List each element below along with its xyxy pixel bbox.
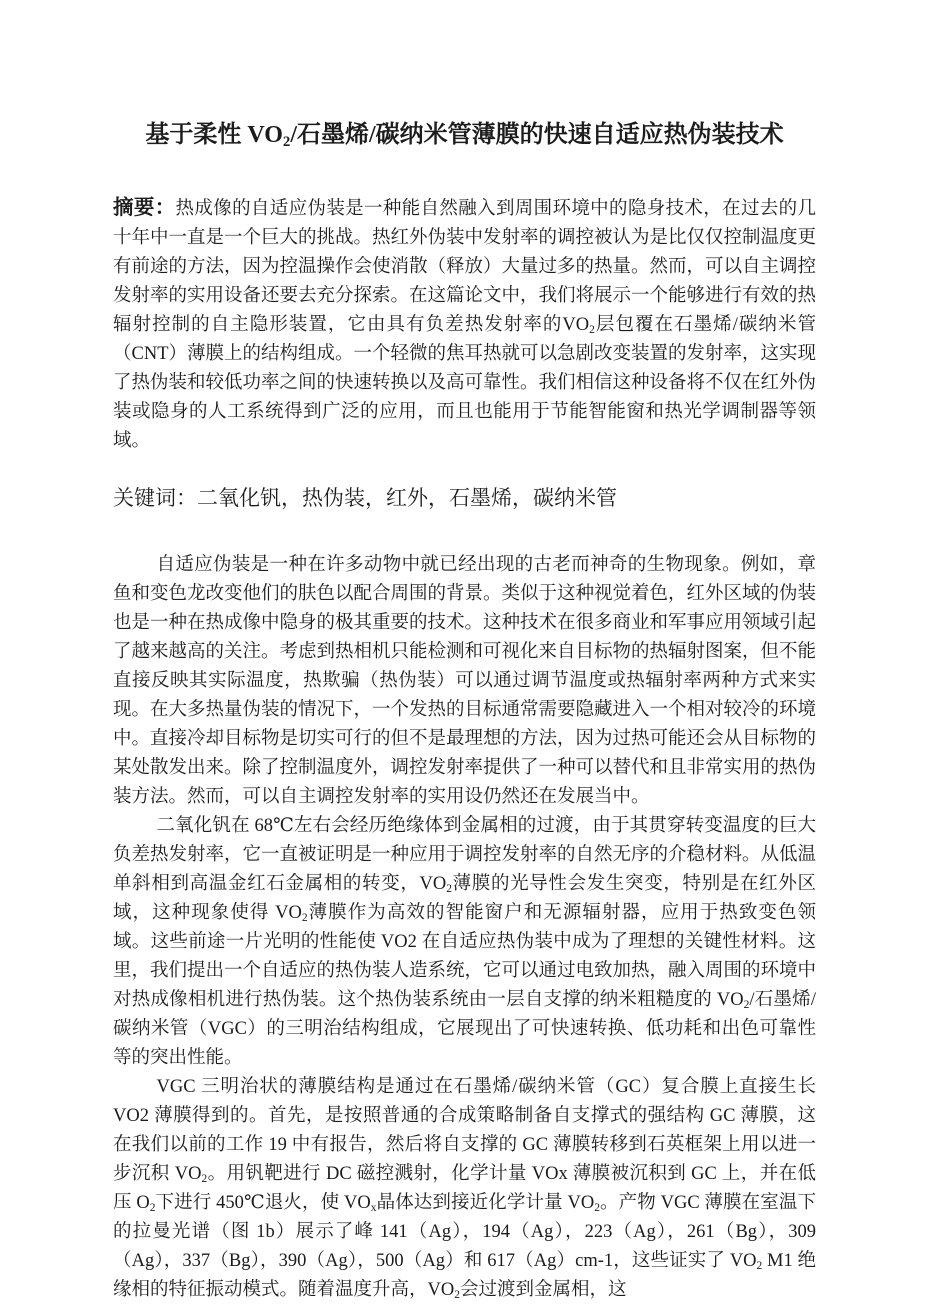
keywords-text: 二氧化钒，热伪装，红外，石墨烯，碳纳米管 bbox=[197, 486, 617, 510]
keywords-line: 关键词：二氧化钒，热伪装，红外，石墨烯，碳纳米管 bbox=[113, 483, 816, 514]
abstract-label: 摘要： bbox=[113, 197, 176, 219]
body-paragraph-1: 自适应伪装是一种在许多动物中就已经出现的古老而神奇的生物现象。例如，章鱼和变色龙… bbox=[113, 551, 816, 812]
keywords-label: 关键词： bbox=[113, 486, 197, 510]
paper-title: 基于柔性 VO2/石墨烯/碳纳米管薄膜的快速自适应热伪装技术 bbox=[113, 118, 816, 152]
abstract-paragraph: 摘要：热成像的自适应伪装是一种能自然融入到周围环境中的隐身技术，在过去的几十年中… bbox=[113, 194, 816, 456]
body-paragraph-3: VGC 三明治状的薄膜结构是通过在石墨烯/碳纳米管（GC）复合膜上直接生长 VO… bbox=[113, 1073, 816, 1305]
body-paragraph-2: 二氧化钒在 68℃左右会经历绝缘体到金属相的过渡，由于其贯穿转变温度的巨大负差热… bbox=[113, 812, 816, 1073]
document-page: 基于柔性 VO2/石墨烯/碳纳米管薄膜的快速自适应热伪装技术 摘要：热成像的自适… bbox=[0, 0, 926, 1309]
abstract-text: 热成像的自适应伪装是一种能自然融入到周围环境中的隐身技术，在过去的几十年中一直是… bbox=[113, 199, 816, 451]
